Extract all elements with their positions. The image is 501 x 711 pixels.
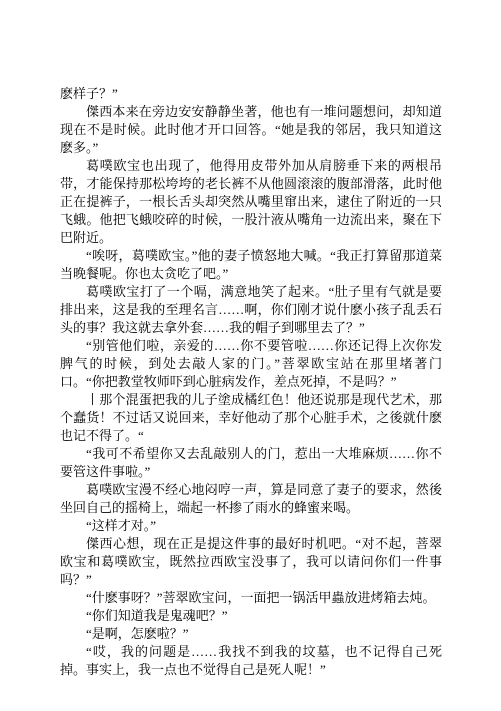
paragraph-continuation: 麽样子？” (60, 85, 442, 103)
paragraph: 葛噗欧宝打了一个嗝，满意地笑了起来。“肚子里有气就是要排出来，这是我的至理名言…… (60, 283, 442, 337)
paragraph: “是啊，怎麽啦？” (60, 625, 442, 643)
paragraph: 傑西本来在旁边安安静静坐著，他也有一堆问题想问，却知道现在不是时候。此时他才开口… (60, 103, 442, 157)
paragraph: “哎，我的问题是……我找不到我的坟墓，也不记得自己死掉。事实上，我一点也不觉得自… (60, 643, 442, 679)
paragraph: “我可不希望你又去乱敲别人的门，惹出一大堆麻烦……你不要管这件事啦。” (60, 445, 442, 481)
paragraph: 葛噗欧宝也出现了，他得用皮带外加从肩膀垂下来的两根吊带，才能保持那松垮垮的老长裤… (60, 157, 442, 247)
text-block: 麽样子？” 傑西本来在旁边安安静静坐著，他也有一堆问题想问，却知道现在不是时候。… (60, 85, 442, 679)
paragraph: 傑西心想，现在正是提这件事的最好时机吧。“对不起，菩翠欧宝和葛噗欧宝，既然拉西欧… (60, 535, 442, 589)
paragraph: “你们知道我是鬼魂吧？” (60, 607, 442, 625)
paragraph: 葛噗欧宝漫不经心地闷哼一声，算是同意了妻子的要求，然後坐回自己的摇椅上，端起一杯… (60, 481, 442, 517)
paragraph: “什麽事呀？”菩翠欧宝问，一面把一锅活甲蟲放进烤箱去炖。 (60, 589, 442, 607)
document-page: 麽样子？” 傑西本来在旁边安安静静坐著，他也有一堆问题想问，却知道现在不是时候。… (0, 0, 501, 711)
paragraph: “唉呀，葛噗欧宝。”他的妻子愤怒地大喊。“我正打算留那道菜当晚餐呢。你也太贪吃了… (60, 247, 442, 283)
paragraph: 丨那个混蛋把我的儿子塗成橘红色！他还说那是现代艺术，那个蠢货！不过话又说回来，幸… (60, 391, 442, 445)
paragraph: “别管他们啦，亲爱的……你不要管啦……你还记得上次你发脾气的时候，到处去敲人家的… (60, 337, 442, 391)
paragraph: “这样才对。” (60, 517, 442, 535)
